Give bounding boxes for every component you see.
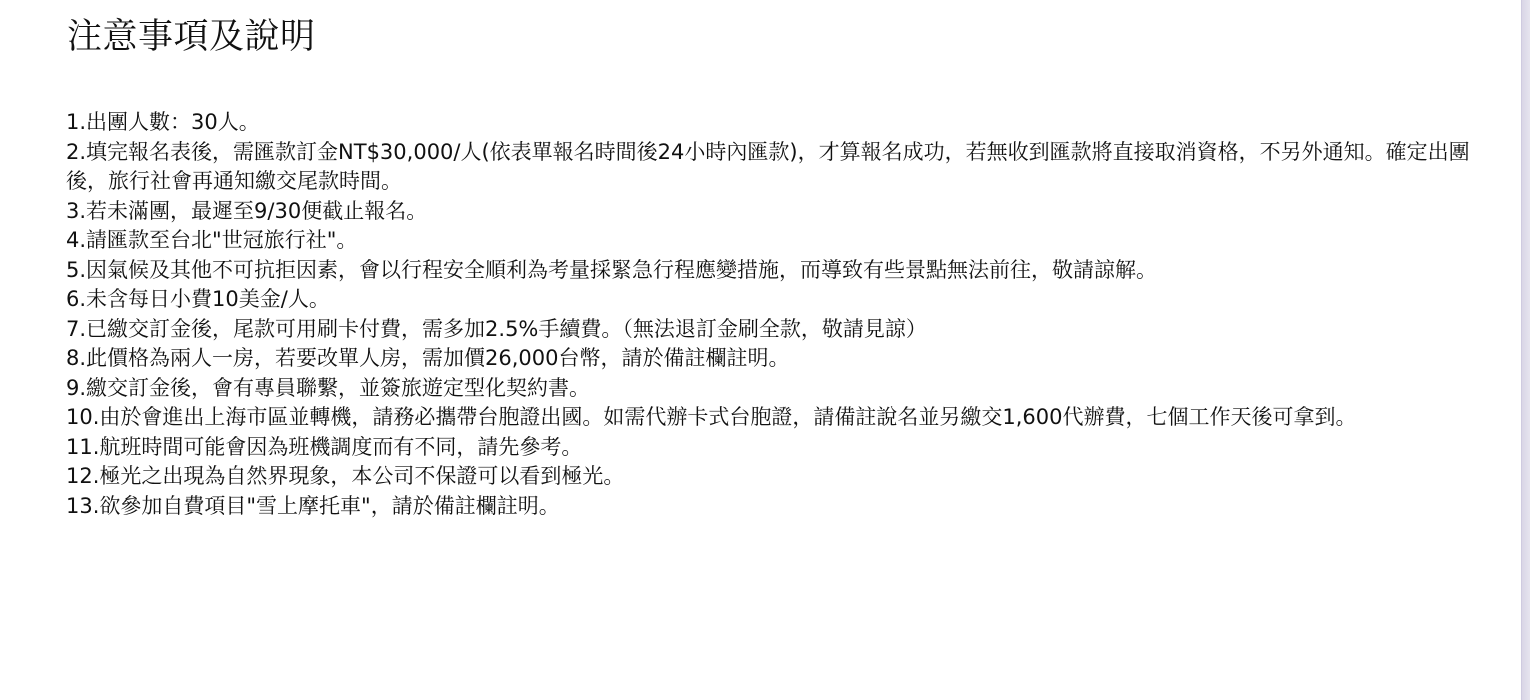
note-item-4: 4.請匯款至台北"世冠旅行社"。 [66, 226, 1476, 256]
notes-page: 注意事項及說明 1.出團人數：30人。 2.填完報名表後，需匯款訂金NT$30,… [0, 0, 1522, 700]
note-item-8: 8.此價格為兩人一房，若要改單人房，需加價26,000台幣，請於備註欄註明。 [66, 344, 1476, 374]
note-item-11: 11.航班時間可能會因為班機調度而有不同，請先參考。 [66, 433, 1476, 463]
note-item-5: 5.因氣候及其他不可抗拒因素，會以行程安全順利為考量採緊急行程應變措施，而導致有… [66, 256, 1476, 286]
vertical-scrollbar[interactable] [1521, 0, 1530, 700]
note-item-3: 3.若未滿團，最遲至9/30便截止報名。 [66, 197, 1476, 227]
note-item-12: 12.極光之出現為自然界現象，本公司不保證可以看到極光。 [66, 462, 1476, 492]
note-item-13: 13.欲參加自費項目"雪上摩托車"，請於備註欄註明。 [66, 492, 1476, 522]
note-item-1: 1.出團人數：30人。 [66, 108, 1476, 138]
note-item-9: 9.繳交訂金後，會有專員聯繫，並簽旅遊定型化契約書。 [66, 374, 1476, 404]
notes-list: 1.出團人數：30人。 2.填完報名表後，需匯款訂金NT$30,000/人(依表… [66, 108, 1476, 521]
note-item-6: 6.未含每日小費10美金/人。 [66, 285, 1476, 315]
note-item-10: 10.由於會進出上海市區並轉機，請務必攜帶台胞證出國。如需代辦卡式台胞證，請備註… [66, 403, 1476, 433]
note-item-7: 7.已繳交訂金後，尾款可用刷卡付費，需多加2.5%手續費。（無法退訂金刷全款，敬… [66, 315, 1476, 345]
note-item-2: 2.填完報名表後，需匯款訂金NT$30,000/人(依表單報名時間後24小時內匯… [66, 138, 1476, 197]
page-title: 注意事項及說明 [67, 14, 316, 60]
